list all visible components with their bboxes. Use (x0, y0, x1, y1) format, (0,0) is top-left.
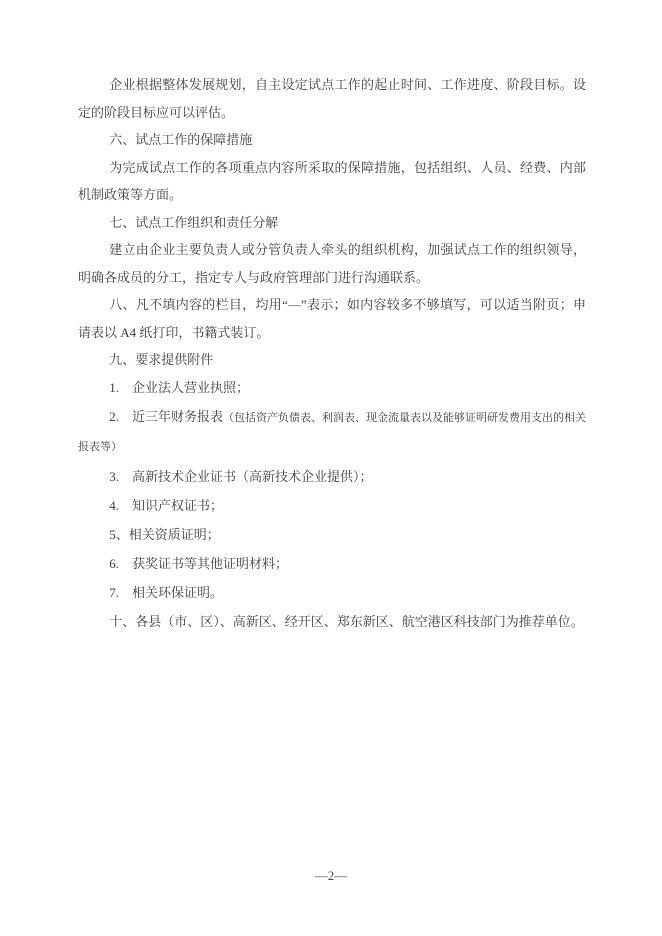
body-paragraph-goals: 企业根据整体发展规划，自主设定试点工作的起止时间、工作进度、阶段目标。设定的阶段… (78, 71, 586, 126)
attachment-list-item-7: 7. 相关环保证明。 (78, 579, 586, 607)
attachment-list-item-3: 3. 高新技术企业证书（高新技术企业提供）； (78, 463, 586, 491)
attachment-list-item-1: 1. 企业法人营业执照； (78, 374, 586, 402)
section-heading-9: 九、要求提供附件 (78, 346, 586, 374)
document-body: 企业根据整体发展规划，自主设定试点工作的起止时间、工作进度、阶段目标。设定的阶段… (78, 71, 586, 636)
page-footer: —2— (0, 862, 662, 889)
section-heading-8: 八、凡不填内容的栏目，均用“—”表示；如内容较多不够填写，可以适当附页；申请表以… (78, 291, 586, 346)
attachment-list-item-5: 5、相关资质证明； (78, 521, 586, 549)
body-paragraph-safeguards: 为完成试点工作的各项重点内容所采取的保障措施，包括组织、人员、经费、内部机制政策… (78, 154, 586, 209)
attachment-list-item-2: 2. 近三年财务报表（包括资产负债表、利润表、现金流量表以及能够证明研发费用支出… (78, 403, 586, 462)
section-heading-7: 七、试点工作组织和责任分解 (78, 209, 586, 237)
section-heading-6: 六、试点工作的保障措施 (78, 126, 586, 154)
attachment-list-item-4: 4. 知识产权证书； (78, 492, 586, 520)
document-page: 企业根据整体发展规划，自主设定试点工作的起止时间、工作进度、阶段目标。设定的阶段… (0, 0, 662, 936)
list-item-text: 2. 近三年财务报表 (109, 409, 223, 424)
section-heading-10: 十、各县（市、区）、高新区、经开区、郑东新区、航空港区科技部门为推荐单位。 (78, 608, 586, 636)
attachment-list-item-6: 6. 获奖证书等其他证明材料； (78, 550, 586, 578)
body-paragraph-organization: 建立由企业主要负责人或分管负责人牵头的组织机构，加强试点工作的组织领导，明确各成… (78, 236, 586, 291)
page-number: —2— (315, 868, 348, 883)
